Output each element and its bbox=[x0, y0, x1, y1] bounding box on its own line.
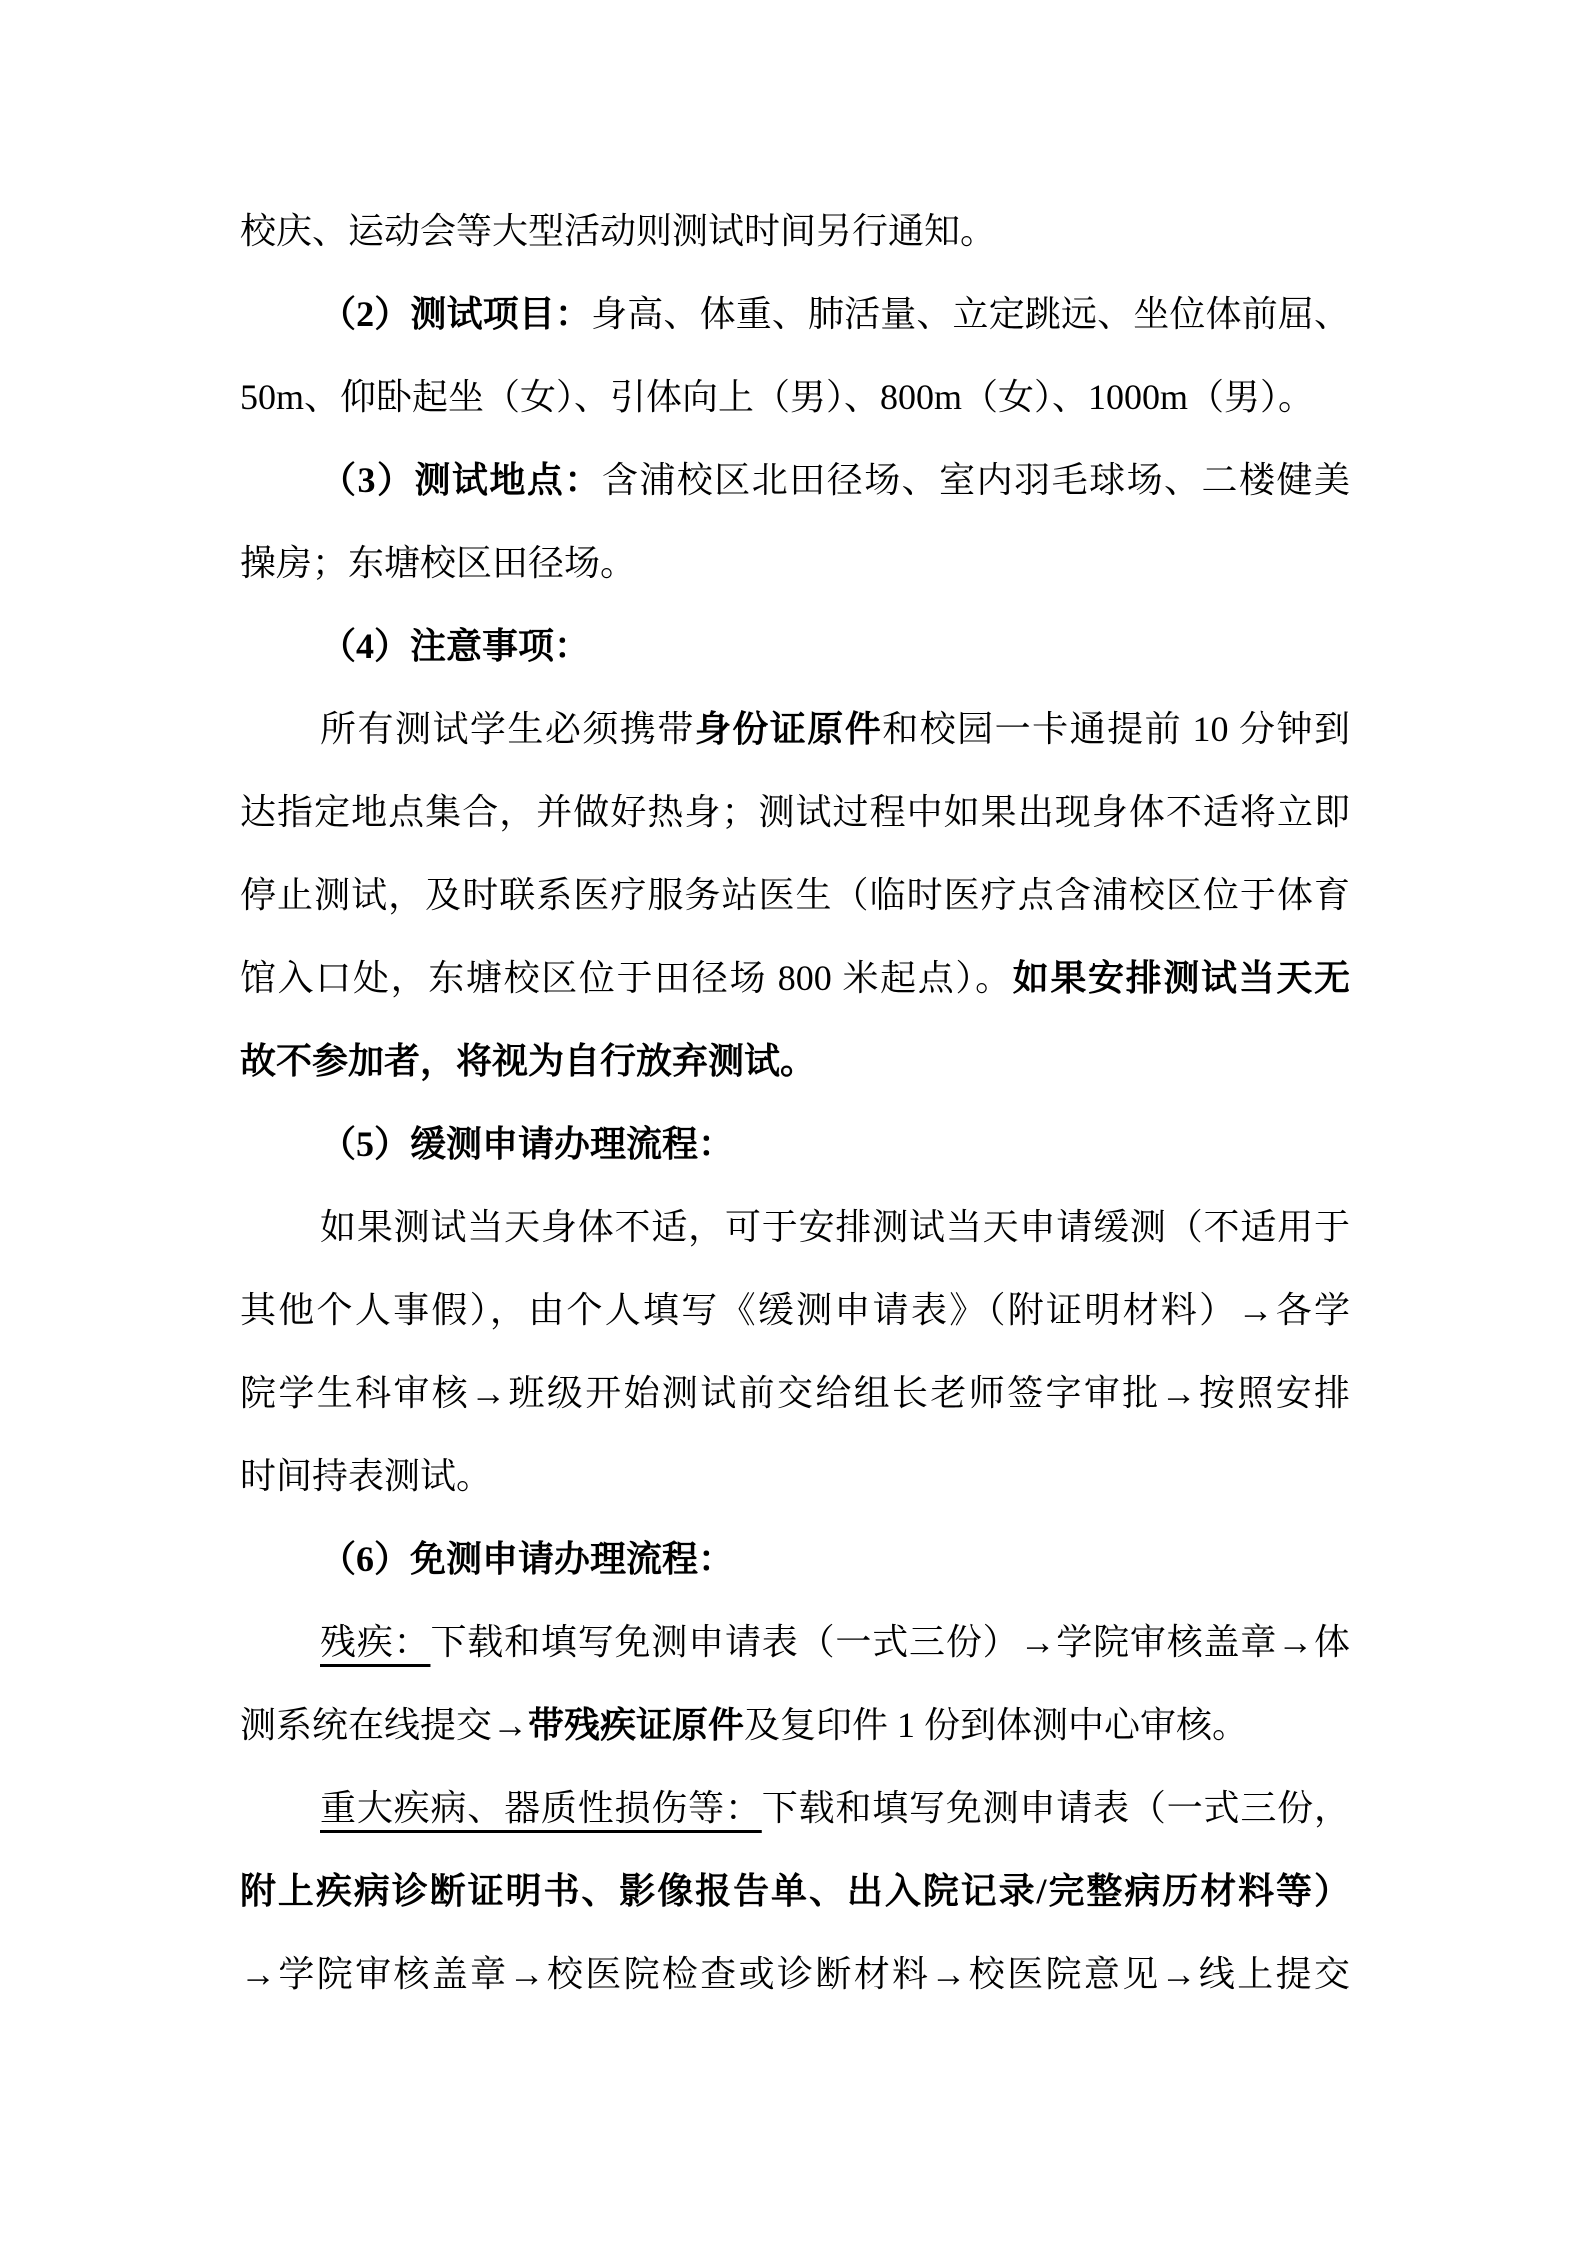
text-line: 其他个人事假），由个人填写《缓测申请表》（附证明材料）→各学 bbox=[240, 1269, 1350, 1352]
text-run: 测系统在线提交→ bbox=[240, 1705, 528, 1745]
underlined-text-run: 残疾： bbox=[320, 1622, 430, 1662]
text-run: 馆入口处，东塘校区位于田径场 800 米起点）。 bbox=[240, 958, 1013, 998]
document-body-text: 校庆、运动会等大型活动则测试时间另行通知。（2）测试项目：身高、体重、肺活量、立… bbox=[240, 190, 1350, 2016]
bold-text-run: 带残疾证原件 bbox=[528, 1705, 744, 1745]
text-line: 时间持表测试。 bbox=[240, 1435, 1350, 1518]
bold-text-run: （2）测试项目： bbox=[320, 294, 591, 334]
text-line: 停止测试，及时联系医疗服务站医生（临时医疗点含浦校区位于体育 bbox=[240, 854, 1350, 937]
text-run: 如果测试当天身体不适，可于安排测试当天申请缓测（不适用于 bbox=[320, 1207, 1350, 1247]
text-line: 如果测试当天身体不适，可于安排测试当天申请缓测（不适用于 bbox=[240, 1186, 1350, 1269]
text-run: 停止测试，及时联系医疗服务站医生（临时医疗点含浦校区位于体育 bbox=[240, 875, 1350, 915]
text-line: （3）测试地点：含浦校区北田径场、室内羽毛球场、二楼健美 bbox=[240, 439, 1350, 522]
text-run: 和校园一卡通提前 10 分钟到 bbox=[882, 709, 1350, 749]
text-run: 达指定地点集合，并做好热身；测试过程中如果出现身体不适将立即 bbox=[240, 792, 1350, 832]
text-line: （5）缓测申请办理流程： bbox=[240, 1103, 1350, 1186]
text-run: →学院审核盖章→校医院检查或诊断材料→校医院意见→线上提交 bbox=[240, 1954, 1350, 1994]
text-line: →学院审核盖章→校医院检查或诊断材料→校医院意见→线上提交 bbox=[240, 1933, 1350, 2016]
bold-text-run: （4）注意事项： bbox=[320, 626, 590, 666]
text-run: 下载和填写免测申请表（一式三份， bbox=[762, 1788, 1350, 1828]
bold-text-run: 故不参加者，将视为自行放弃测试。 bbox=[240, 1041, 816, 1081]
text-line: （6）免测申请办理流程： bbox=[240, 1518, 1350, 1601]
bold-text-run: （6）免测申请办理流程： bbox=[320, 1539, 734, 1579]
bold-text-run: 身份证原件 bbox=[695, 709, 882, 749]
text-run: 校庆、运动会等大型活动则测试时间另行通知。 bbox=[240, 211, 996, 251]
text-run: 含浦校区北田径场、室内羽毛球场、二楼健美 bbox=[602, 460, 1350, 500]
text-line: （4）注意事项： bbox=[240, 605, 1350, 688]
text-line: 操房；东塘校区田径场。 bbox=[240, 522, 1350, 605]
text-run: 院学生科审核→班级开始测试前交给组长老师签字审批→按照安排 bbox=[240, 1373, 1350, 1413]
bold-text-run: 如果安排测试当天无 bbox=[1013, 958, 1350, 998]
text-run: 其他个人事假），由个人填写《缓测申请表》（附证明材料）→各学 bbox=[240, 1290, 1350, 1330]
bold-text-run: 附上疾病诊断证明书、影像报告单、出入院记录/完整病历材料等） bbox=[240, 1871, 1350, 1911]
text-line: 50m、仰卧起坐（女）、引体向上（男）、800m（女）、1000m（男）。 bbox=[240, 356, 1350, 439]
text-line: 校庆、运动会等大型活动则测试时间另行通知。 bbox=[240, 190, 1350, 273]
text-line: 故不参加者，将视为自行放弃测试。 bbox=[240, 1020, 1350, 1103]
text-line: （2）测试项目：身高、体重、肺活量、立定跳远、坐位体前屈、 bbox=[240, 273, 1350, 356]
text-line: 达指定地点集合，并做好热身；测试过程中如果出现身体不适将立即 bbox=[240, 771, 1350, 854]
text-line: 院学生科审核→班级开始测试前交给组长老师签字审批→按照安排 bbox=[240, 1352, 1350, 1435]
text-run: 下载和填写免测申请表（一式三份）→学院审核盖章→体 bbox=[430, 1622, 1350, 1662]
text-line: 所有测试学生必须携带身份证原件和校园一卡通提前 10 分钟到 bbox=[240, 688, 1350, 771]
bold-text-run: （5）缓测申请办理流程： bbox=[320, 1124, 734, 1164]
text-line: 测系统在线提交→带残疾证原件及复印件 1 份到体测中心审核。 bbox=[240, 1684, 1350, 1767]
text-line: 附上疾病诊断证明书、影像报告单、出入院记录/完整病历材料等） bbox=[240, 1850, 1350, 1933]
text-run: 时间持表测试。 bbox=[240, 1456, 492, 1496]
text-run: 身高、体重、肺活量、立定跳远、坐位体前屈、 bbox=[591, 294, 1350, 334]
text-line: 馆入口处，东塘校区位于田径场 800 米起点）。如果安排测试当天无 bbox=[240, 937, 1350, 1020]
document-page: 校庆、运动会等大型活动则测试时间另行通知。（2）测试项目：身高、体重、肺活量、立… bbox=[0, 0, 1587, 2245]
text-run: 及复印件 1 份到体测中心审核。 bbox=[744, 1705, 1248, 1745]
text-line: 残疾：下载和填写免测申请表（一式三份）→学院审核盖章→体 bbox=[240, 1601, 1350, 1684]
bold-text-run: （3）测试地点： bbox=[320, 460, 602, 500]
underlined-text-run: 重大疾病、器质性损伤等： bbox=[320, 1788, 762, 1828]
text-run: 50m、仰卧起坐（女）、引体向上（男）、800m（女）、1000m（男）。 bbox=[240, 377, 1314, 417]
text-run: 所有测试学生必须携带 bbox=[320, 709, 695, 749]
text-run: 操房；东塘校区田径场。 bbox=[240, 543, 636, 583]
text-line: 重大疾病、器质性损伤等：下载和填写免测申请表（一式三份， bbox=[240, 1767, 1350, 1850]
